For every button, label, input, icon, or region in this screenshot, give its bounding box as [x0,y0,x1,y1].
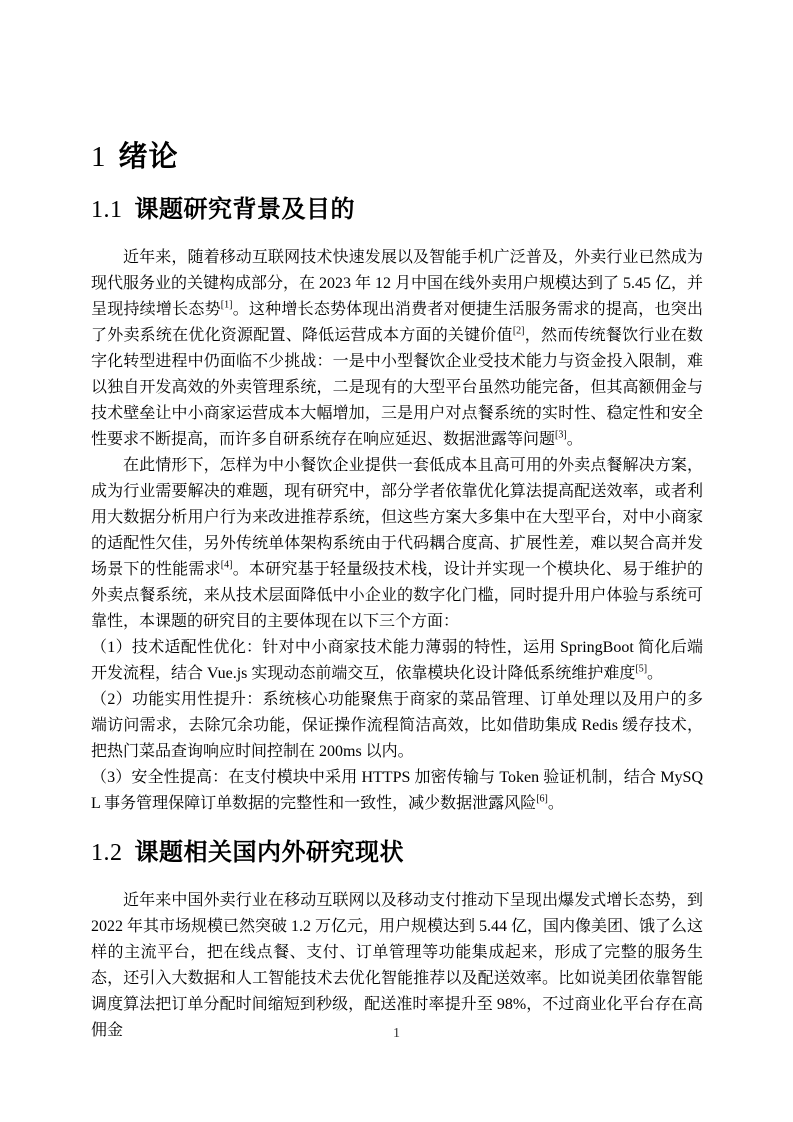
citation-ref: [6] [536,794,548,805]
paragraph: （2）功能实用性提升：系统核心功能聚焦于商家的菜品管理、订单处理以及用户的多端访… [91,687,703,765]
chapter-heading: 1绪论 [91,140,703,175]
section-title: 课题研究背景及目的 [135,196,356,223]
section-title: 课题相关国内外研究现状 [135,839,405,866]
text-run: 。 [548,795,564,812]
paragraph: 近年来，随着移动互联网技术快速发展以及智能手机广泛普及，外卖行业已然成为现代服务… [91,245,703,453]
text-run: 。 [647,665,663,682]
citation-ref: [2] [513,326,525,337]
citation-ref: [1] [221,300,233,311]
section-number: 1.2 [91,840,123,866]
section-heading: 1.1课题研究背景及目的 [91,194,703,226]
text-run: 。 [567,431,583,448]
citation-ref: [5] [635,664,647,675]
text-run: （3）安全性提高：在支付模块中采用 HTTPS 加密传输与 Token 验证机制… [91,769,703,812]
paragraph: （1）技术适配性优化：针对中小商家技术能力薄弱的特性，运用 SpringBoot… [91,635,703,687]
text-run: ，然而传统餐饮行业在数字化转型进程中仍面临不少挑战：一是中小型餐饮企业受技术能力… [91,327,703,448]
document-page: 1绪论 1.1课题研究背景及目的近年来，随着移动互联网技术快速发展以及智能手机广… [0,0,793,1122]
page-number: 1 [0,1026,793,1042]
paragraph: 在此情形下，怎样为中小餐饮企业提供一套低成本且高可用的外卖点餐解决方案，成为行业… [91,453,703,635]
section: 1.2课题相关国内外研究现状近年来中国外卖行业在移动互联网以及移动支付推动下呈现… [91,837,703,1044]
text-run: （1）技术适配性优化：针对中小商家技术能力薄弱的特性，运用 SpringBoot… [91,639,703,682]
section-number: 1.1 [91,197,123,223]
chapter-title: 绪论 [119,141,179,173]
section-heading: 1.2课题相关国内外研究现状 [91,837,703,869]
document-body: 1.1课题研究背景及目的近年来，随着移动互联网技术快速发展以及智能手机广泛普及，… [91,194,703,1044]
paragraph: （3）安全性提高：在支付模块中采用 HTTPS 加密传输与 Token 验证机制… [91,765,703,817]
text-run: （2）功能实用性提升：系统核心功能聚焦于商家的菜品管理、订单处理以及用户的多端访… [91,691,703,760]
text-run: 近年来中国外卖行业在移动互联网以及移动支付推动下呈现出爆发式增长态势，到 202… [91,892,703,1039]
chapter-number: 1 [91,141,107,173]
citation-ref: [4] [221,560,233,571]
paragraph: 近年来中国外卖行业在移动互联网以及移动支付推动下呈现出爆发式增长态势，到 202… [91,888,703,1044]
text-run: 在此情形下，怎样为中小餐饮企业提供一套低成本且高可用的外卖点餐解决方案，成为行业… [91,457,703,578]
citation-ref: [3] [555,430,567,441]
section: 1.1课题研究背景及目的近年来，随着移动互联网技术快速发展以及智能手机广泛普及，… [91,194,703,817]
